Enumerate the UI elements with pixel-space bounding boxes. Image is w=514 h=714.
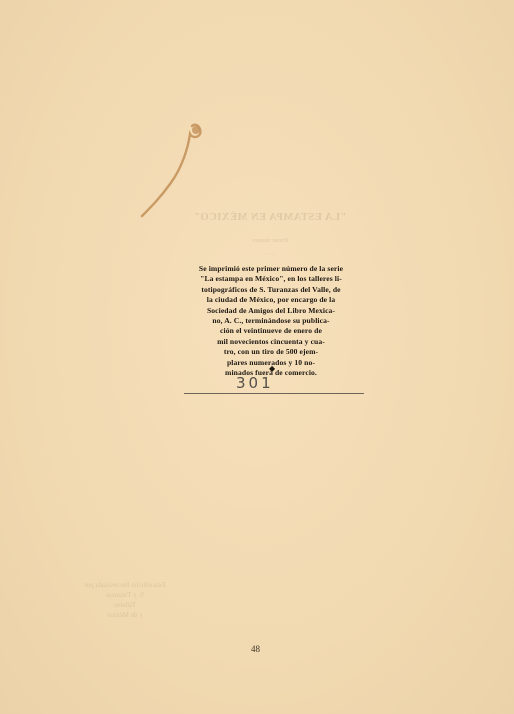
show-through-text: S. y Turanzas bbox=[40, 590, 210, 600]
colophon-line: mil novecientos cincuenta y cua- bbox=[176, 337, 366, 347]
show-through-text: y de México bbox=[40, 610, 210, 620]
show-through-text: Talleres bbox=[40, 600, 210, 610]
horizontal-rule bbox=[184, 393, 364, 394]
document-page: "LA ESTAMPA EN MÉXICO" Primer número · ·… bbox=[0, 0, 514, 714]
show-through-block: Esta edición fue revisada por S. y Turan… bbox=[40, 580, 210, 620]
colophon-line: Sociedad de Amigos del Libro Mexica- bbox=[176, 306, 366, 316]
colophon-line: Se imprimió este primer número de la ser… bbox=[176, 264, 366, 274]
page-number: 48 bbox=[251, 644, 260, 654]
colophon-line: "La estampa en México", en los talleres … bbox=[176, 274, 366, 284]
diamond-ornament-icon: ◆ bbox=[269, 364, 275, 373]
colophon-line: no, A. C., terminándose su publica- bbox=[176, 316, 366, 326]
colophon-line: la ciudad de México, por encargo de la bbox=[176, 295, 366, 305]
colophon-line: ción el veintinueve de enero de bbox=[176, 326, 366, 336]
colophon-line: tro, con un tiro de 500 ejem- bbox=[176, 347, 366, 357]
colophon: Se imprimió este primer número de la ser… bbox=[176, 264, 366, 378]
show-through-line: · · · bbox=[180, 252, 360, 258]
handwritten-copy-number: 301 bbox=[236, 374, 274, 392]
colophon-line: totipográficos de S. Turanzas del Valle,… bbox=[176, 285, 366, 295]
ink-stain bbox=[130, 118, 210, 218]
show-through-subtitle: Primer número bbox=[220, 238, 320, 244]
show-through-text: Esta edición fue revisada por bbox=[40, 580, 210, 590]
show-through-title: "LA ESTAMPA EN MÉXICO" bbox=[170, 212, 370, 223]
